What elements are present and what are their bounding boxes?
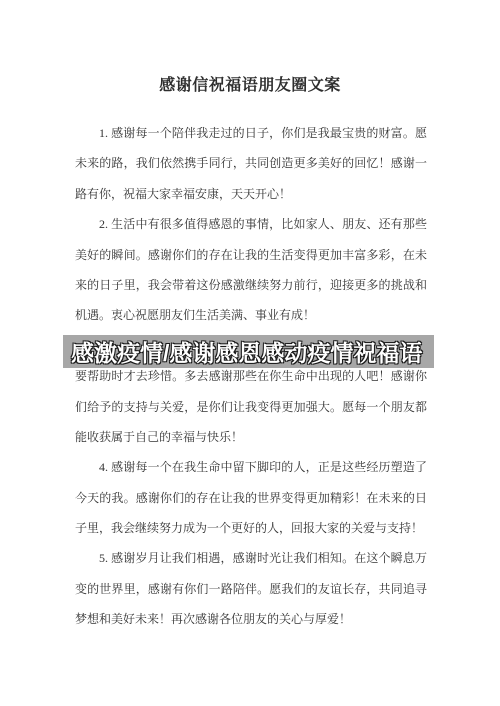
paragraph-4-line-1: 4. 感谢每一个在我生命中留下脚印的人，正是这些经历塑造了 <box>75 452 427 482</box>
overlay-headline-text: 感激疫情/感谢感恩感动疫情祝福语 <box>63 335 422 368</box>
paragraph-2-line-2: 美好的瞬间。感谢你们的存在让我的生活变得更加丰富多彩，在未 <box>75 240 427 270</box>
paragraph-2-line-1: 2. 生活中有很多值得感恩的事情，比如家人、朋友、还有那些 <box>75 209 427 239</box>
paragraph-5-line-1: 5. 感谢岁月让我们相遇，感谢时光让我们相知。在这个瞬息万 <box>75 543 427 573</box>
paragraph-5-line-3: 梦想和美好未来！再次感谢各位朋友的关心与厚爱！ <box>75 604 427 634</box>
paragraph-4-line-3: 子里，我会继续努力成为一个更好的人，回报大家的关爱与支持！ <box>75 513 427 543</box>
paragraph-2-line-3: 来的日子里，我会带着这份感激继续努力前行，迎接更多的挑战和 <box>75 270 427 300</box>
paragraph-3-line-3: 们给予的支持与关爱，是你们让我变得更加强大。愿每一个朋友都 <box>75 392 427 422</box>
paragraph-3-line-4: 能收获属于自己的幸福与快乐！ <box>75 422 427 452</box>
paragraph-5-line-2: 变的世界里，感谢有你们一路陪伴。愿我们的友谊长存，共同追寻 <box>75 574 427 604</box>
paragraph-1-line-1: 1. 感谢每一个陪伴我走过的日子，你们是我最宝贵的财富。愿 <box>75 118 427 148</box>
paragraph-1-line-2: 未来的路，我们依然携手同行，共同创造更多美好的回忆！感谢一 <box>75 148 427 178</box>
paragraph-2-line-4: 机遇。衷心祝愿朋友们生活美满、事业有成！ <box>75 300 427 330</box>
paragraph-4-line-2: 今天的我。感谢你们的存在让我的世界变得更加精彩！在未来的日 <box>75 483 427 513</box>
document-title: 感谢信祝福语朋友圈文案 <box>0 72 500 95</box>
overlay-headline-banner: 感激疫情/感谢感恩感动疫情祝福语 <box>63 335 434 368</box>
paragraph-1-line-3: 路有你，祝福大家幸福安康，天天开心！ <box>75 179 427 209</box>
document-page: 感谢信祝福语朋友圈文案 1. 感谢每一个陪伴我走过的日子，你们是我最宝贵的财富。… <box>0 0 500 706</box>
document-body: 1. 感谢每一个陪伴我走过的日子，你们是我最宝贵的财富。愿未来的路，我们依然携手… <box>75 118 427 635</box>
